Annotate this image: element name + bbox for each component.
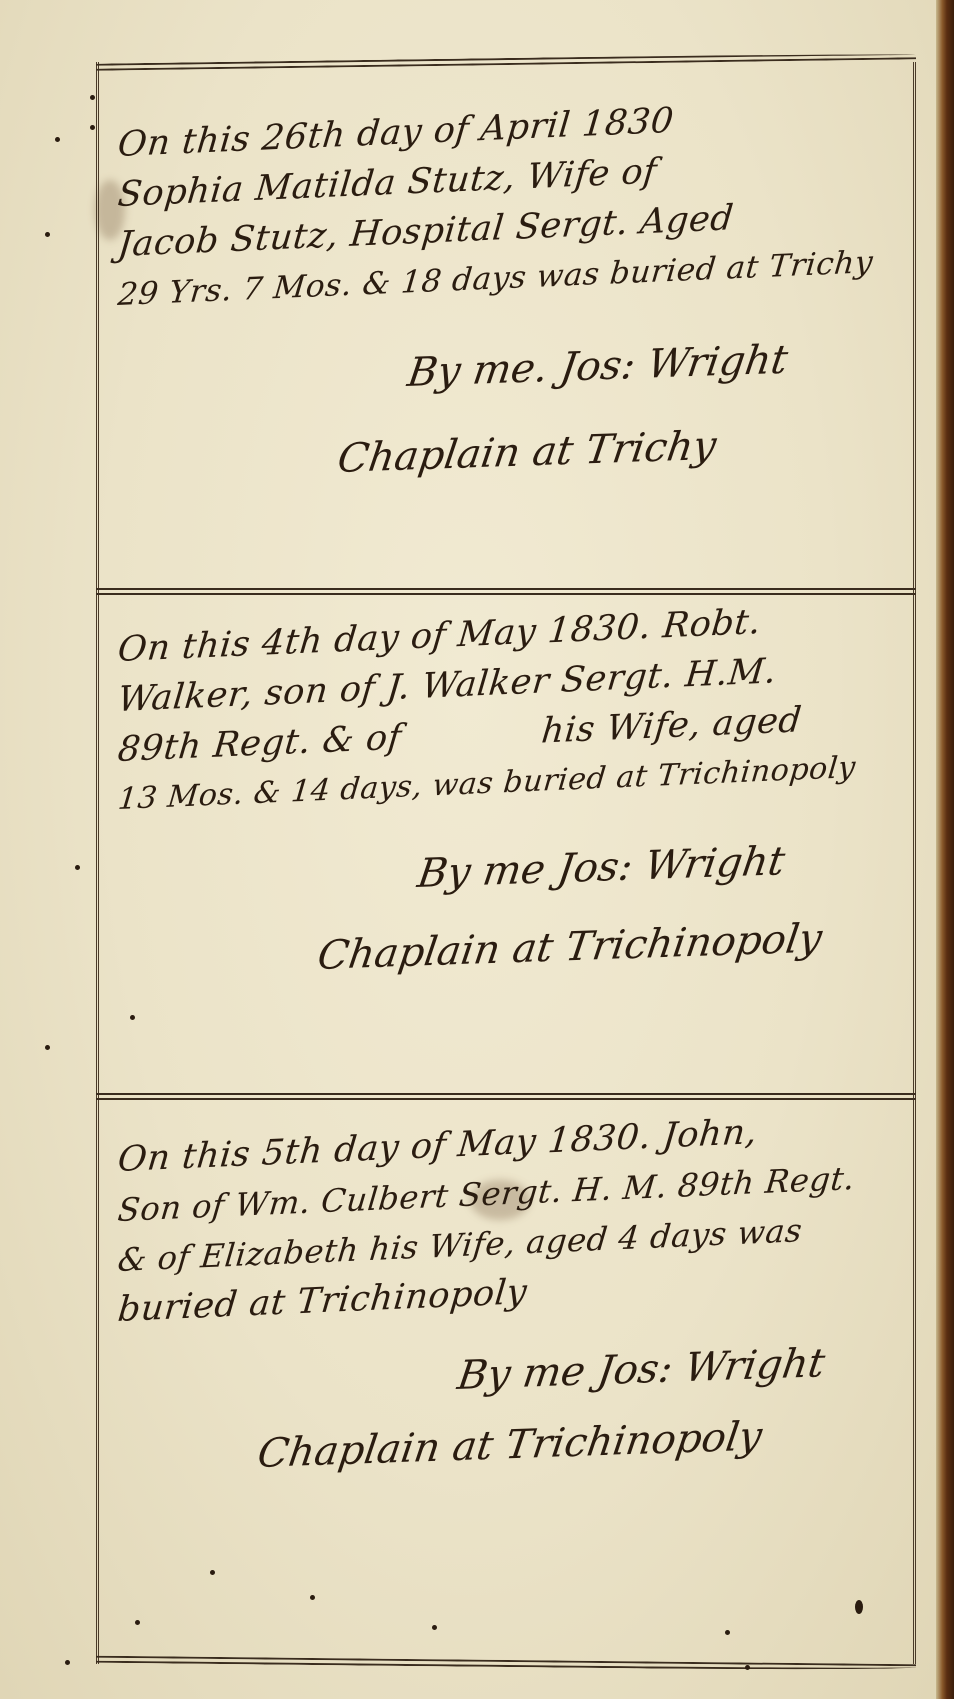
signature-title: Chaplain at Trichinopoly [314,904,916,987]
ink-speck [745,1665,750,1670]
signature-title: Chaplain at Trichy [334,408,916,490]
ink-speck [65,1660,70,1665]
book-binding-edge [936,0,954,1699]
burial-entry: On this 5th day of May 1830. John, Son o… [118,1135,908,1485]
ink-speck [855,1600,863,1614]
ink-speck [725,1630,730,1635]
signature-title: Chaplain at Trichinopoly [254,1400,916,1485]
ink-speck [55,137,60,142]
divider-rule-1 [96,588,916,595]
register-page: On this 26th day of April 1830 Sophia Ma… [0,0,936,1699]
ink-speck [432,1625,437,1630]
ink-speck [90,125,95,130]
divider-rule-2 [96,1093,916,1100]
burial-entry: On this 4th day of May 1830. Robt. Walke… [118,625,908,987]
ink-speck [45,232,50,237]
ink-speck [90,95,95,100]
signature-by: By me Jos: Wright [414,826,915,905]
signature-by: By me. Jos: Wright [404,325,916,404]
ink-speck [310,1595,315,1600]
ink-speck [75,865,80,870]
ink-speck [210,1570,215,1575]
signature-by: By me Jos: Wright [454,1329,915,1407]
ink-speck [45,1045,50,1050]
burial-entry: On this 26th day of April 1830 Sophia Ma… [118,120,908,490]
ink-speck [135,1620,140,1625]
ink-speck [130,1015,135,1020]
